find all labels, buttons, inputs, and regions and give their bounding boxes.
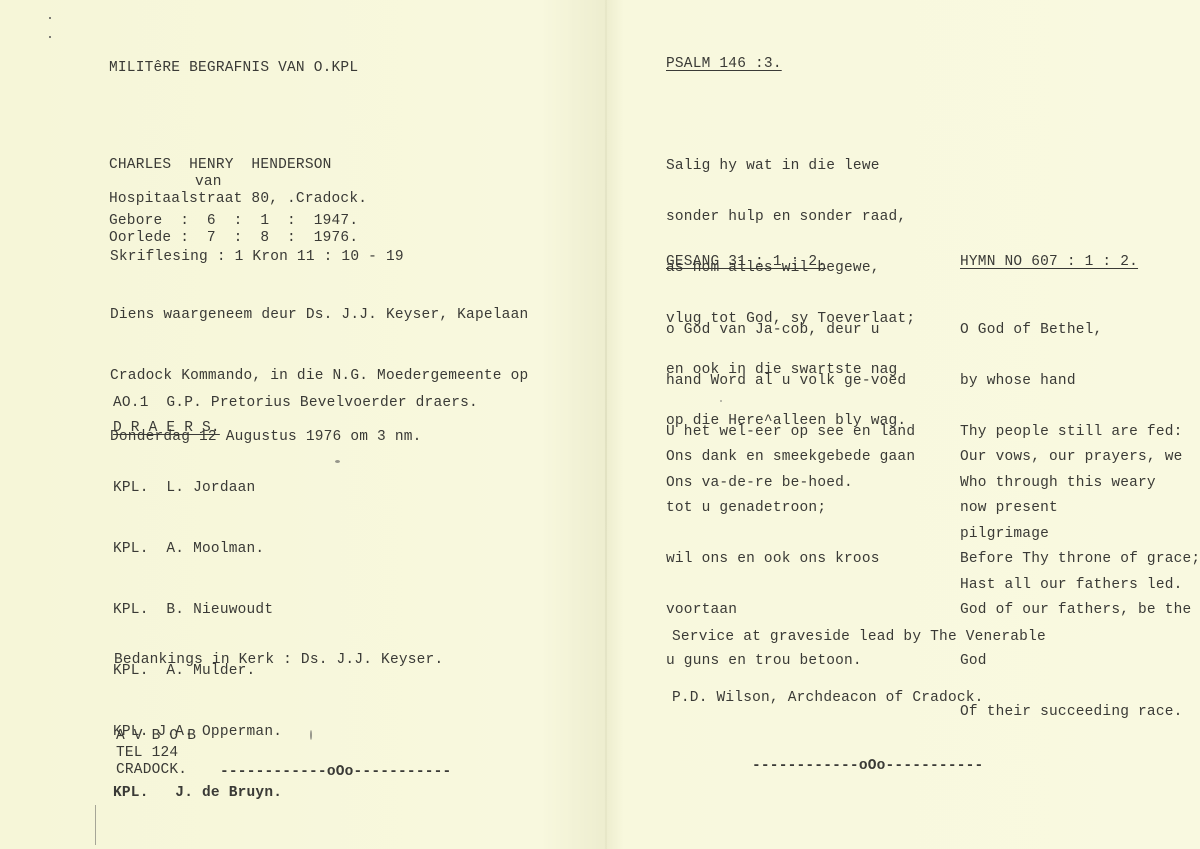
psalm-line: sonder hulp en sonder raad,	[666, 209, 915, 226]
scan-speck	[95, 805, 96, 845]
service-details: Diens waargeneem deur Ds. J.J. Keyser, K…	[110, 268, 528, 468]
graveside-note: Service at graveside lead by The Venerab…	[672, 590, 1046, 729]
thanks-line: Bedankings in Kerk : Ds. J.J. Keyser.	[114, 652, 443, 669]
gesang-line: o God van Ja-cob, deur u	[666, 322, 915, 339]
service-line: Cradock Kommando, in die N.G. Moedergeme…	[110, 363, 528, 390]
gesang-heading: GESANG 31 : 1 : 2.	[666, 254, 826, 271]
bearer-item: KPL. L. Jordaan	[113, 475, 282, 502]
hymn-line: by whose hand	[960, 373, 1183, 390]
hymn-line: now present	[960, 500, 1200, 517]
footer-tel: TEL 124	[116, 745, 178, 762]
deceased-address: Hospitaalstraat 80, .Cradock.	[109, 191, 367, 208]
gesang-line: hand Word al u volk ge-voed	[666, 373, 915, 390]
document-title: MILITêRE BEGRAFNIS VAN O.KPL	[109, 60, 358, 77]
bearer-item: KPL. J. de Bruyn.	[113, 780, 282, 807]
center-fold	[605, 0, 607, 849]
hymn-heading: HYMN NO 607 : 1 : 2.	[960, 254, 1138, 271]
psalm-heading: PSALM 146 :3.	[666, 56, 782, 73]
scripture-reading: Skriflesing : 1 Kron 11 : 10 - 19	[110, 249, 404, 266]
scan-speck	[720, 400, 722, 402]
right-divider: ------------oOo-----------	[752, 758, 983, 775]
deceased-van: van	[195, 174, 222, 191]
footer-town: CRADOCK.	[116, 762, 187, 779]
gesang-line: wil ons en ook ons kroos	[666, 551, 915, 568]
bearer-item: KPL. B. Nieuwoudt	[113, 597, 282, 624]
psalm-line: Salig hy wat in die lewe	[666, 158, 915, 175]
footer-avbob: A V B O B	[116, 728, 196, 745]
gesang-line: tot u genadetroon;	[666, 500, 915, 517]
left-divider: ------------oOo-----------	[220, 764, 451, 781]
deceased-name: CHARLES HENRY HENDERSON	[109, 157, 332, 174]
born-date: Gebore : 6 : 1 : 1947.	[109, 213, 358, 230]
hymn-line: Before Thy throne of grace;	[960, 551, 1200, 568]
bearer-commander: AO.1 G.P. Pretorius Bevelvoerder draers.	[113, 395, 478, 412]
bearer-item: KPL. A. Moolman.	[113, 536, 282, 563]
service-line: Diens waargeneem deur Ds. J.J. Keyser, K…	[110, 302, 528, 329]
scan-speck	[49, 36, 51, 38]
hymn-line: O God of Bethel,	[960, 322, 1183, 339]
scan-speck	[49, 17, 51, 19]
bearers-heading: D R A E R S.	[113, 420, 220, 437]
hymn-line: Our vows, our prayers, we	[960, 449, 1200, 466]
gesang-line: Ons dank en smeekgebede gaan	[666, 449, 915, 466]
graveside-line: P.D. Wilson, Archdeacon of Cradock.	[672, 685, 1046, 712]
scan-speck	[310, 730, 312, 740]
died-date: Oorlede : 7 : 8 : 1976.	[109, 230, 358, 247]
graveside-line: Service at graveside lead by The Venerab…	[672, 624, 1046, 651]
scan-speck	[335, 460, 340, 463]
